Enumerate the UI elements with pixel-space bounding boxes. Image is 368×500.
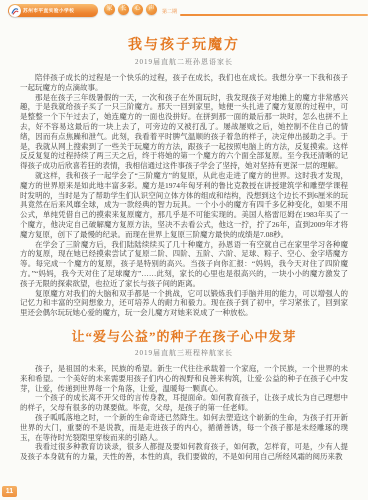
school-banner: 苏州市平直实验小学校: [8, 4, 98, 17]
page-header: 苏州市平直实验小学校 家 长 心 声 第二期: [0, 3, 368, 21]
page-number-badge: 11: [2, 486, 17, 497]
school-logo-icon: [9, 5, 21, 17]
article2-byline: 2019届直航三班程梓航家长: [20, 348, 348, 358]
article2-title: 让“爱与公益”的种子在孩子心中发芽: [20, 326, 348, 345]
article1-paragraph: 那是在孩子三年级暑假的一天，一次和孩子在外面玩时，我发现孩子对地摊上的魔方非常感…: [20, 93, 348, 171]
article2-paragraph: 孩子，是祖国的未来，民族的希望。新生一代往往承载着一个家庭，一个民族，一个世界的…: [20, 364, 348, 393]
article1-paragraph: 复原魔方对我们的大脑和双手都是一个挑战，它可以锻炼我们手脑并用的能力，可以增强人…: [20, 289, 348, 318]
article1-paragraph: 陪伴孩子成长的过程是一个快乐的过程，孩子在成长，我们也在成长。我想分享一下我和孩…: [20, 73, 348, 93]
article-rubiks-cube: 我与孩子玩魔方 2019届直航二班孙恩语家长 陪伴孩子成长的过程是一个快乐的过程…: [20, 34, 348, 318]
article2-body: 孩子，是祖国的未来，民族的希望。新生一代往往承载着一个家庭，一个民族，一个世界的…: [20, 364, 348, 462]
header-rule: [180, 14, 368, 16]
issue-label: 第二期: [162, 8, 177, 15]
article1-title: 我与孩子玩魔方: [20, 34, 348, 54]
page-content: 我与孩子玩魔方 2019届直航二班孙恩语家长 陪伴孩子成长的过程是一个快乐的过程…: [20, 24, 348, 462]
article1-paragraph: 就这样，我和孩子一起学会了“三阶魔方”的复原，从此也走进了魔方的世界。这时我才发…: [20, 171, 348, 240]
section-badge-3: 心: [132, 4, 143, 15]
school-name: 苏州市平直实验小学校: [23, 7, 74, 14]
article-love-charity: 让“爱与公益”的种子在孩子心中发芽 2019届直航三班程梓航家长 孩子，是祖国的…: [20, 326, 348, 462]
section-badge-4: 声: [146, 4, 157, 15]
section-badge-1: 家: [104, 4, 115, 15]
article1-paragraph: 在学会了三阶魔方后，我们陆陆续续买了几十种魔方，孙恩语一有空就自己在家里学习各种…: [20, 240, 348, 289]
article1-body: 陪伴孩子成长的过程是一个快乐的过程，孩子在成长，我们也在成长。我想分享一下我和孩…: [20, 73, 348, 318]
section-badge-2: 长: [118, 4, 129, 15]
article2-paragraph: 孩子呱呱落地之时，一个新的生命奇迹已然降生。如何去塑造这个崭新的生命，为孩子打开…: [20, 413, 348, 442]
article1-byline: 2019届直航二班孙恩语家长: [20, 57, 348, 67]
article2-paragraph: 我看过很多种教育访谈录，很多人都提及要如何教育孩子，如何教，怎样育，可是，少有人…: [20, 442, 348, 462]
section-badges: 家 长 心 声: [104, 4, 157, 15]
article2-paragraph: 一个孩子的成长离不开父母的言传身教，耳提面命。如何教育孩子，让孩子成长为自己理想…: [20, 393, 348, 413]
